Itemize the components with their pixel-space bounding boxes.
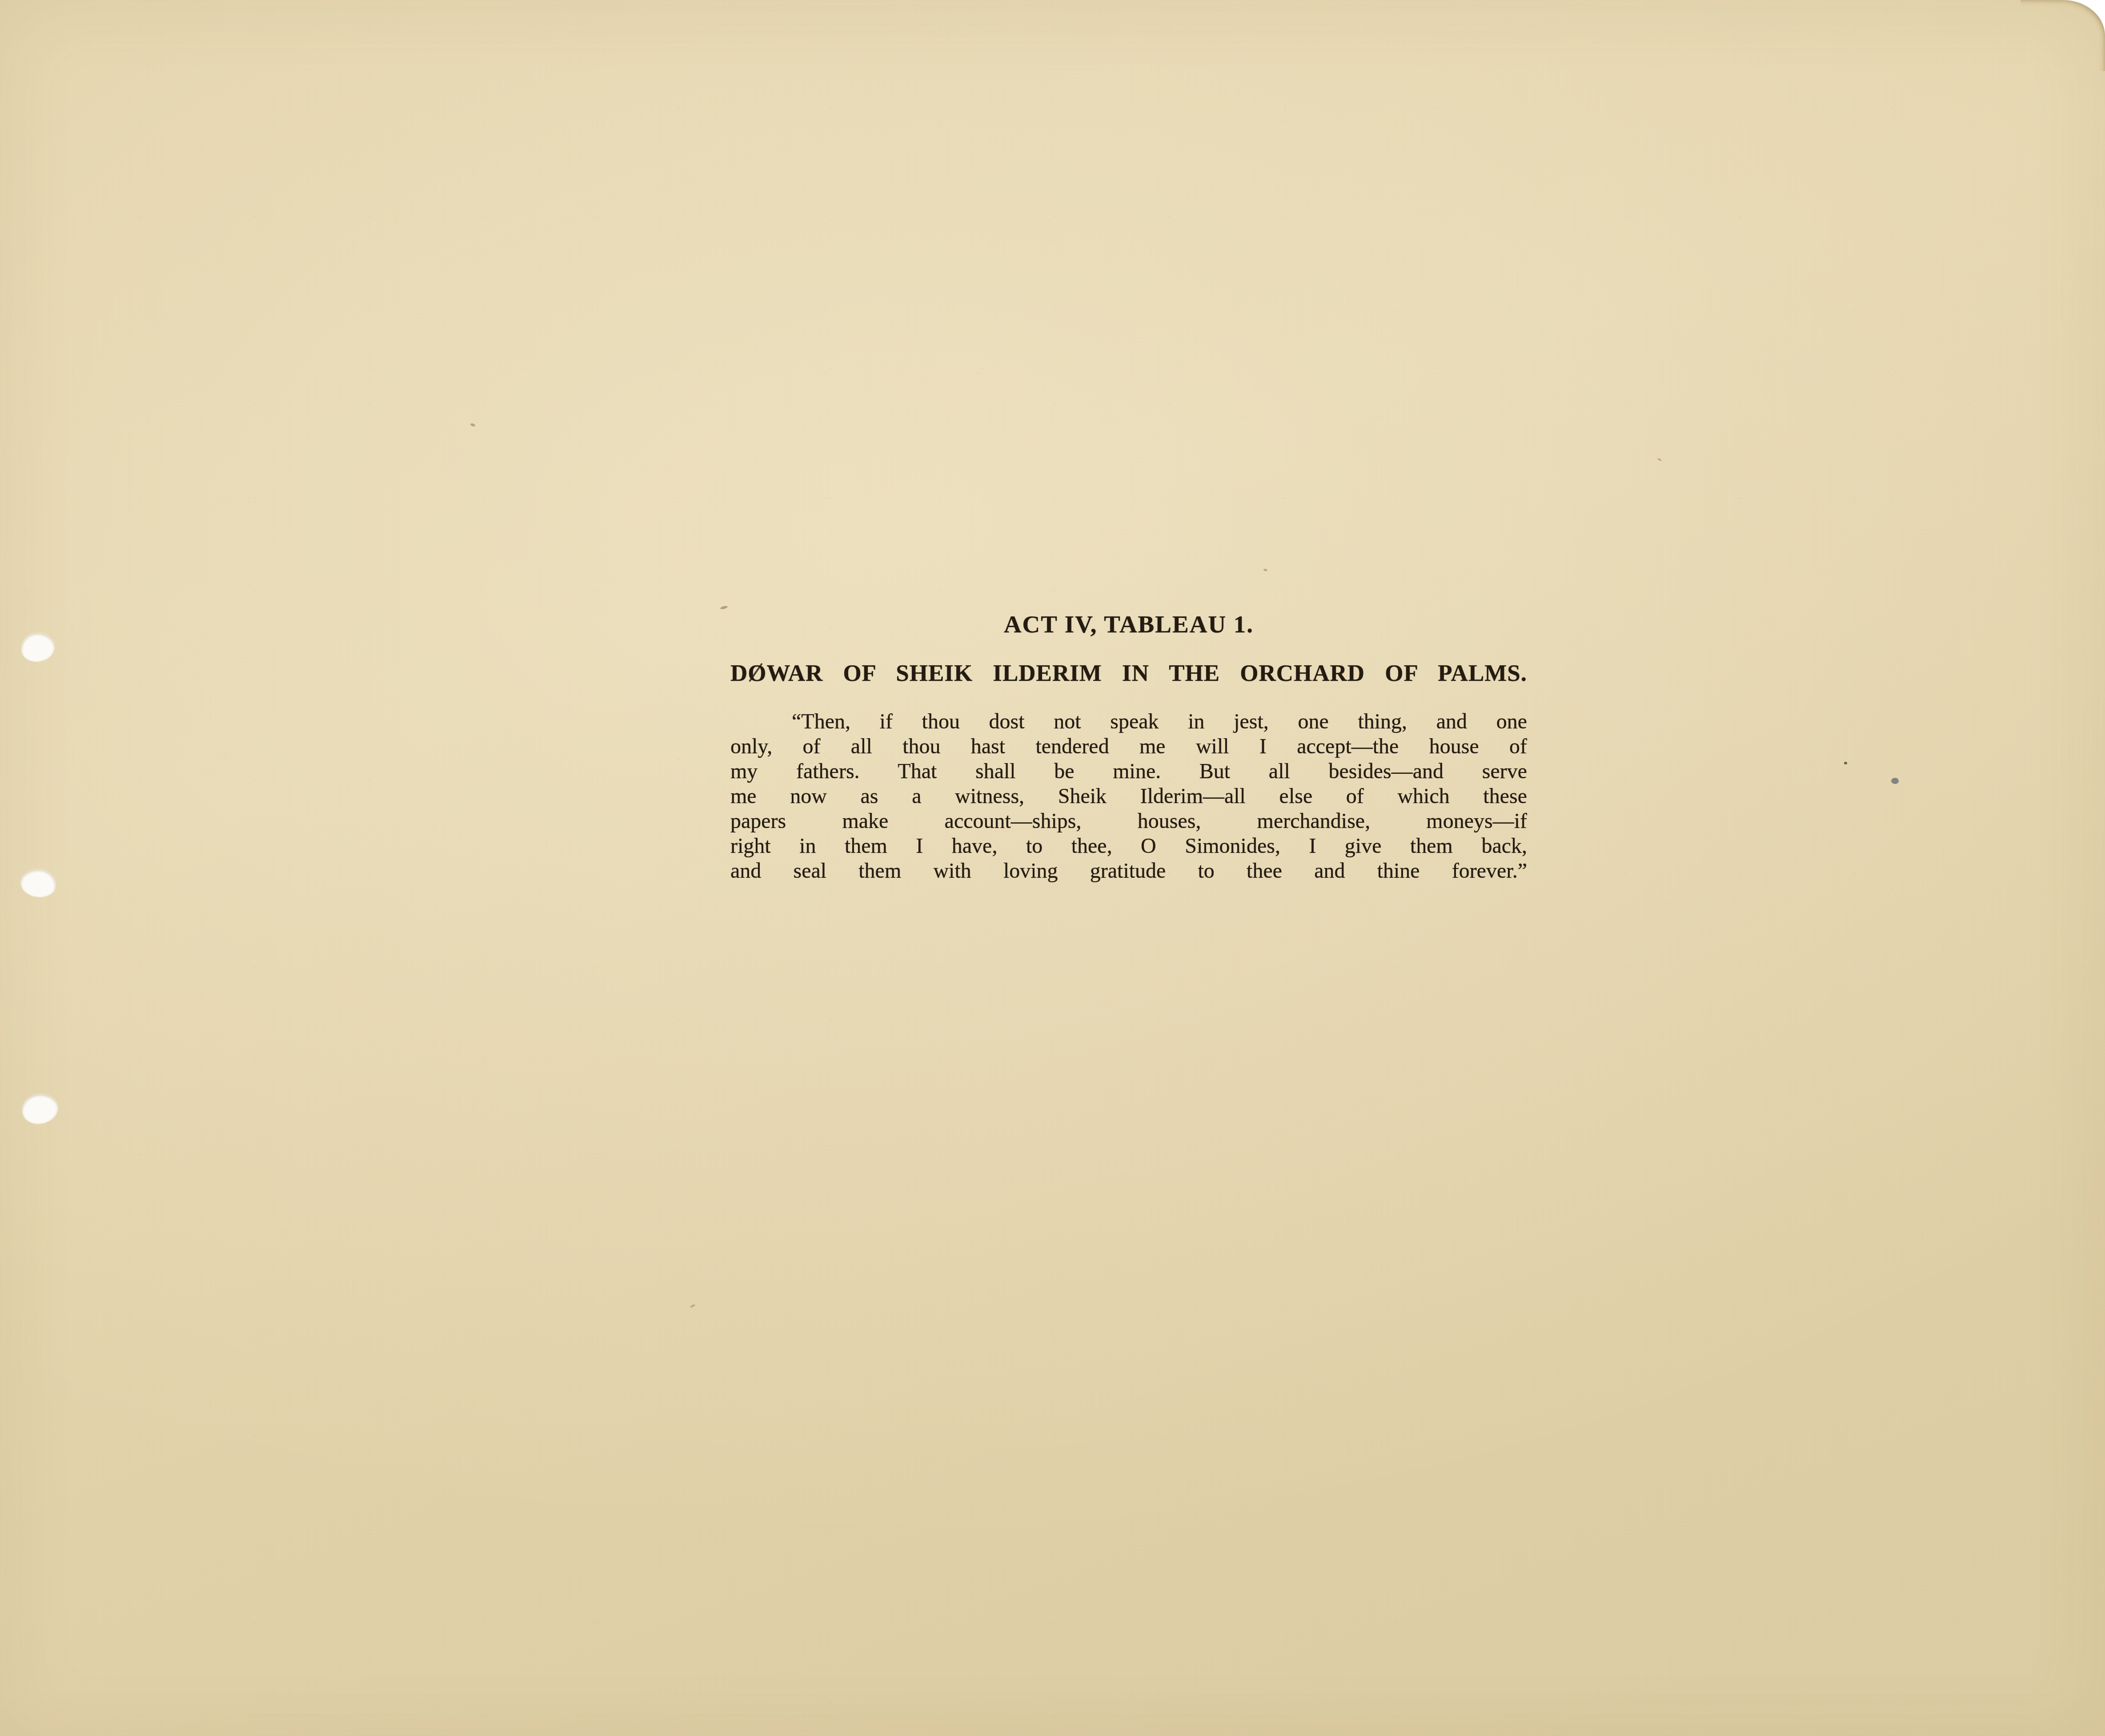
- scene-heading: DOWAR OF SHEIK ILDERIM IN THE ORCHARD OF…: [730, 660, 1527, 688]
- quote-line: right in them I have, to thee, O Simonid…: [730, 834, 1527, 859]
- quote-line: and seal them with loving gratitude to t…: [730, 859, 1527, 884]
- quote-line: me now as a witness, Sheik Ilderim—all e…: [730, 784, 1527, 809]
- paper-fleck: [470, 423, 475, 427]
- quote-paragraph: “Then, if thou dost not speak in jest, o…: [730, 709, 1527, 884]
- paper-fleck: [1263, 568, 1268, 571]
- paper-fleck: [690, 1304, 696, 1308]
- quote-line: “Then, if thou dost not speak in jest, o…: [730, 709, 1527, 734]
- quote-line: my fathers. That shall be mine. But all …: [730, 759, 1527, 784]
- paper-sheet: ACT IV, TABLEAU 1. DOWAR OF SHEIK ILDERI…: [0, 0, 2105, 1736]
- act-heading: ACT IV, TABLEAU 1.: [730, 610, 1527, 639]
- worn-corner: [2021, 0, 2105, 71]
- quote-line: only, of all thou hast tendered me will …: [730, 734, 1527, 759]
- ink-speck: [1891, 778, 1899, 784]
- punch-hole: [20, 631, 56, 663]
- scanned-page: ACT IV, TABLEAU 1. DOWAR OF SHEIK ILDERI…: [0, 0, 2105, 1736]
- paper-fleck: [720, 605, 728, 610]
- paper-fleck: [1657, 458, 1662, 461]
- quote-line: papers make account—ships, houses, merch…: [730, 809, 1527, 834]
- ink-speck: [1844, 762, 1847, 764]
- punch-hole: [21, 1093, 59, 1124]
- punch-hole: [20, 868, 56, 898]
